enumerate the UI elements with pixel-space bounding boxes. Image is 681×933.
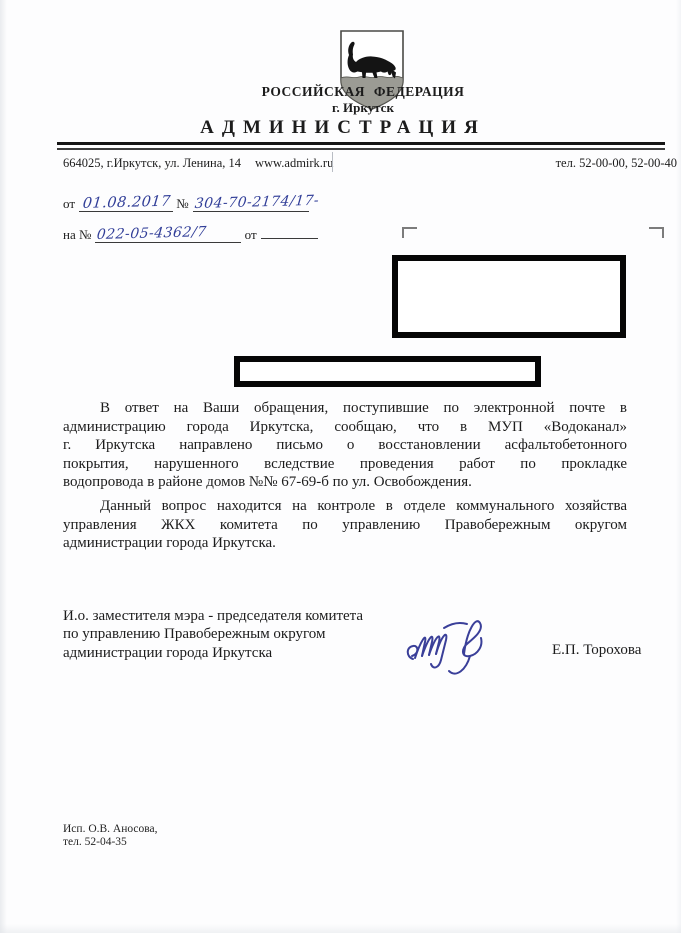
body-line: управления ЖКХ комитета по управлению Пр… (63, 516, 627, 535)
letterhead-phone: тел. 52-00-00, 52-00-40 (556, 156, 677, 171)
crop-mark-left-icon (402, 227, 417, 238)
redaction-box-recipient (392, 255, 626, 338)
redaction-box-name (234, 356, 541, 387)
number-label: № (176, 196, 188, 211)
scan-edge-artifact-bottom (0, 924, 681, 933)
letterhead-city: г. Иркутск (59, 100, 667, 116)
incoming-label: на № (63, 227, 91, 242)
incoming-date-blank (261, 223, 318, 239)
executor-name: Исп. О.В. Аносова, (63, 823, 158, 836)
crop-mark-right-icon (649, 227, 664, 238)
handwritten-date: 01.08.2017 (79, 194, 172, 212)
paragraph-2: Данный вопрос находится на контроле в от… (63, 497, 627, 553)
date-blank: 01.08.2017 (79, 196, 173, 212)
handwritten-signature (403, 609, 521, 683)
letterhead-contact-row: 664025, г.Иркутск, ул. Ленина, 14www.adm… (63, 156, 677, 171)
from-label: от (63, 196, 75, 211)
letterhead-org-title: АДМИНИСТРАЦИЯ (39, 117, 647, 139)
body-line: В ответ на Ваши обращения, поступившие п… (63, 399, 627, 418)
website-text: www.admirk.ru (255, 156, 333, 170)
body-line: г. Иркутска направлено письмо о восстано… (63, 436, 627, 455)
body-line: Данный вопрос находится на контроле в от… (63, 497, 627, 516)
incoming-number-blank: 022-05-4362/7 (95, 227, 241, 243)
number-blank: 304-70-2174/17- (193, 196, 309, 212)
signatory-name: Е.П. Торохова (552, 642, 641, 659)
paragraph-1: В ответ на Ваши обращения, поступившие п… (63, 399, 627, 492)
outgoing-ref-line: от01.08.2017 №304-70-2174/17- (63, 196, 309, 212)
address-column-tick (332, 152, 333, 172)
handwritten-outgoing-number: 304-70-2174/17- (193, 193, 320, 212)
letter-body: В ответ на Ваши обращения, поступившие п… (63, 399, 627, 553)
scan-edge-artifact-right (676, 0, 681, 933)
incoming-from-label: от (245, 227, 257, 242)
body-line: администрации города Иркутска. (63, 534, 627, 553)
body-line: водопровода в районе домов №№ 67-69-б по… (63, 473, 627, 492)
incoming-ref-line: на №022-05-4362/7 от (63, 223, 318, 243)
letterhead-country: РОССИЙСКАЯ ФЕДЕРАЦИЯ (59, 84, 667, 100)
body-line: покрытия, нарушенного вследствие проведе… (63, 455, 627, 474)
executor-phone: тел. 52-04-35 (63, 836, 158, 849)
letterhead-divider-rule (57, 142, 665, 150)
postal-address: 664025, г.Иркутск, ул. Ленина, 14 (63, 156, 241, 170)
scanned-letter-page: РОССИЙСКАЯ ФЕДЕРАЦИЯ г. Иркутск АДМИНИСТ… (0, 0, 681, 933)
letterhead-address: 664025, г.Иркутск, ул. Ленина, 14www.adm… (63, 156, 333, 171)
scan-edge-artifact-left (0, 0, 7, 933)
executor-block: Исп. О.В. Аносова, тел. 52-04-35 (63, 823, 158, 849)
body-line: администрацию города Иркутска, сообщаю, … (63, 418, 627, 437)
handwritten-incoming-number: 022-05-4362/7 (95, 224, 207, 243)
